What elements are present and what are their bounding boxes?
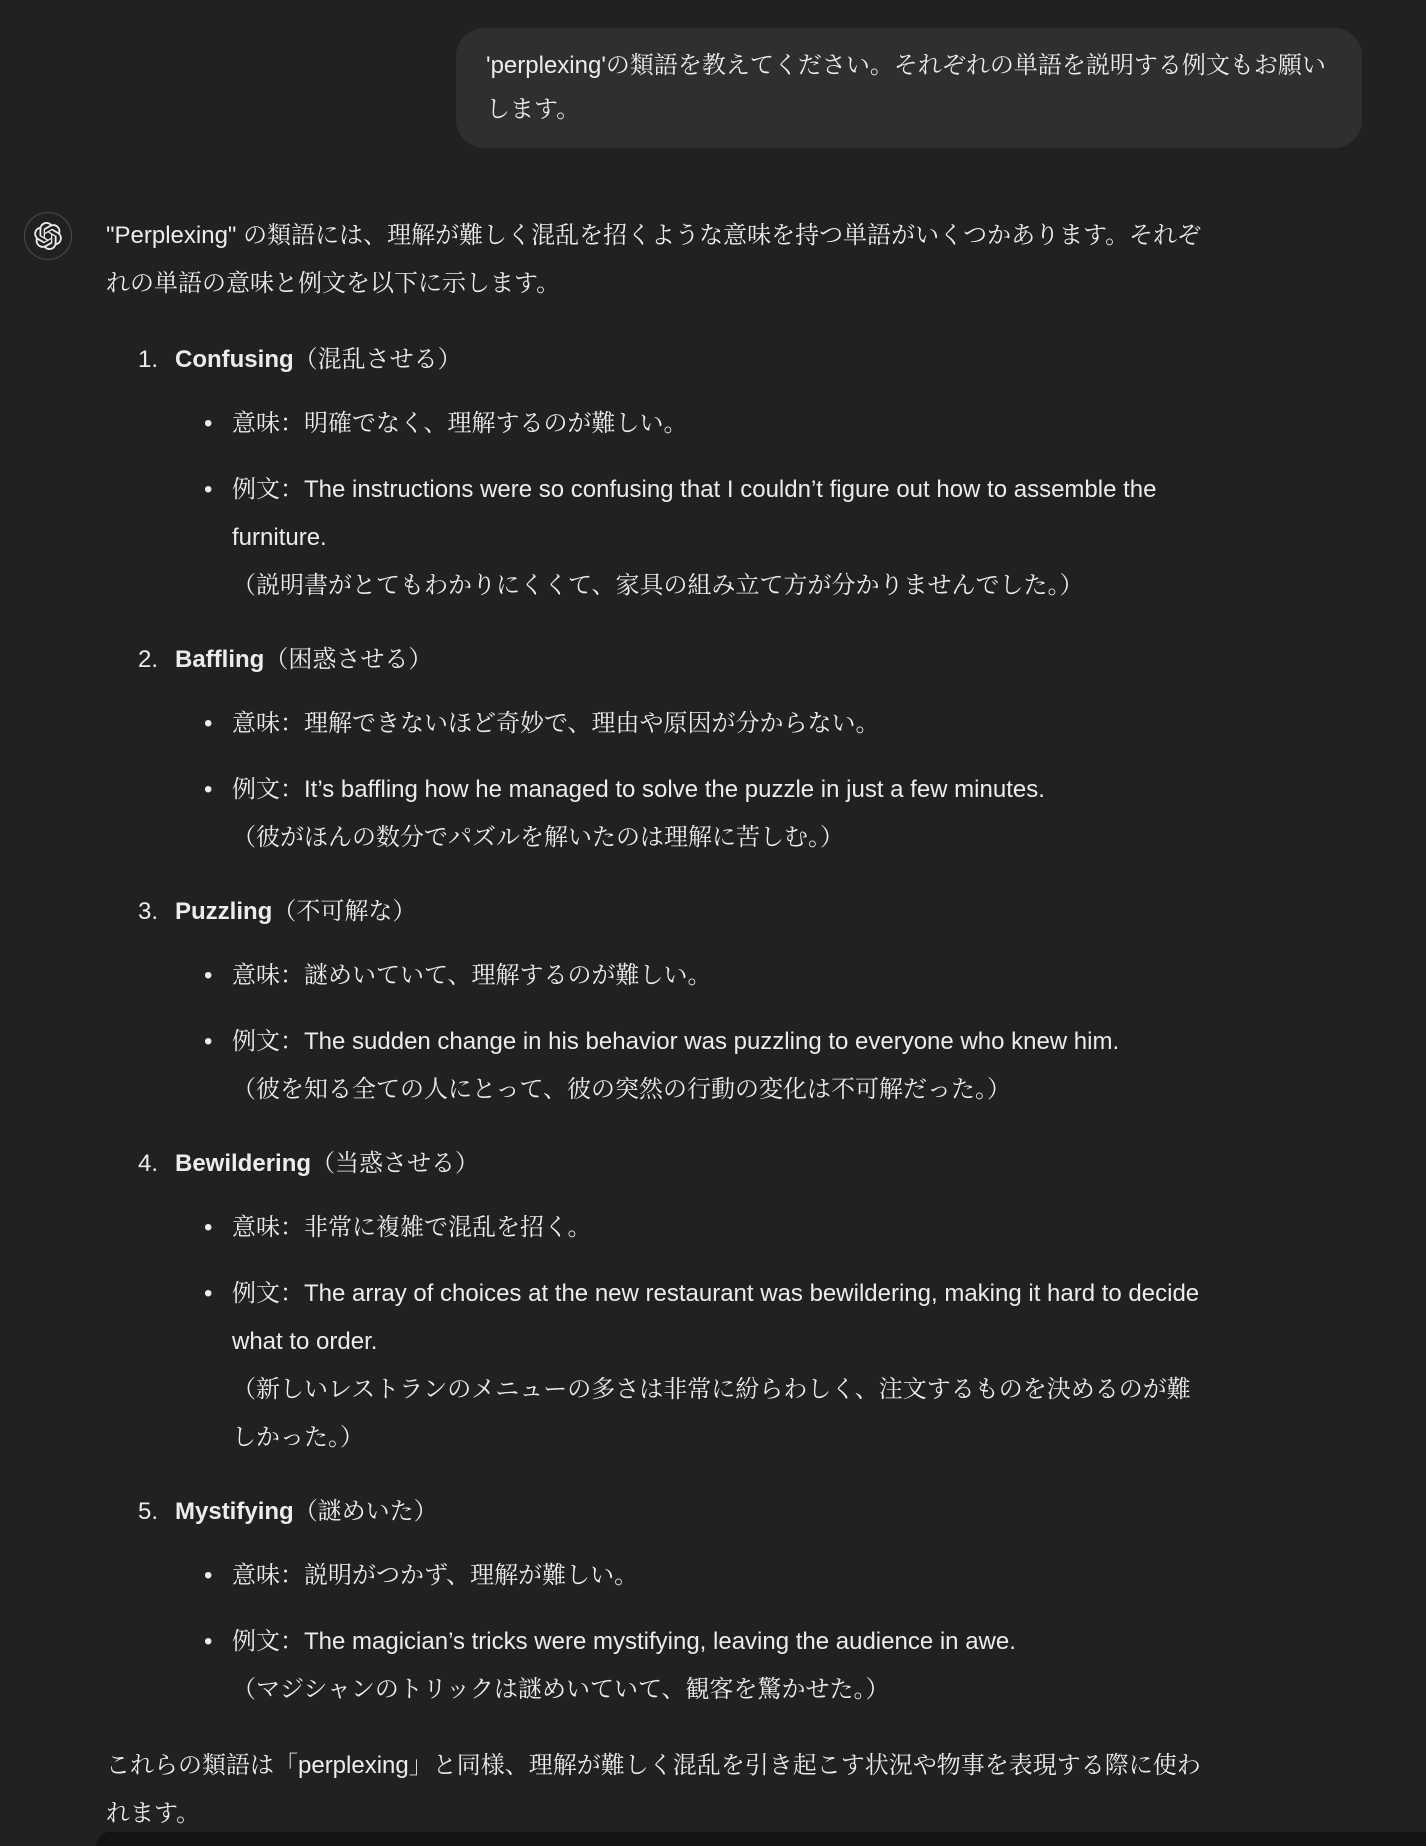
example-bullet: 例文：It’s baffling how he managed to solve… — [202, 766, 1206, 862]
meaning-text: 非常に複雑で混乱を招く。 — [304, 1214, 592, 1241]
synonym-item: 3.Puzzling（不可解な） 意味：謎めいていて、理解するのが難しい。 例文… — [106, 888, 1206, 1114]
synonym-reading: （謎めいた） — [294, 1498, 438, 1525]
synonym-detail-list: 意味：明確でなく、理解するのが難しい。 例文：The instructions … — [106, 400, 1206, 610]
synonym-item-heading: 5.Mystifying（謎めいた） — [106, 1488, 1206, 1536]
assistant-outro-text: これらの類語は「perplexing」と同様、理解が難しく混乱を引き起こす状況や… — [106, 1742, 1206, 1838]
meaning-bullet: 意味：理解できないほど奇妙で、理由や原因が分からない。 — [202, 700, 1206, 748]
example-translation: （マジシャンのトリックは謎めいていて、観客を驚かせた。） — [232, 1666, 1206, 1714]
synonym-detail-list: 意味：非常に複雑で混乱を招く。 例文：The array of choices … — [106, 1204, 1206, 1462]
example-text: It’s baffling how he managed to solve th… — [304, 776, 1045, 803]
example-bullet: 例文：The array of choices at the new resta… — [202, 1270, 1206, 1462]
meaning-text: 説明がつかず、理解が難しい。 — [304, 1562, 638, 1589]
example-translation: （説明書がとてもわかりにくくて、家具の組み立て方が分かりませんでした。） — [232, 562, 1206, 610]
item-number: 2. — [138, 636, 175, 684]
synonym-reading: （不可解な） — [272, 898, 416, 925]
synonym-item: 4.Bewildering（当惑させる） 意味：非常に複雑で混乱を招く。 例文：… — [106, 1140, 1206, 1462]
example-label: 例文： — [232, 776, 304, 803]
synonym-detail-list: 意味：理解できないほど奇妙で、理由や原因が分からない。 例文：It’s baff… — [106, 700, 1206, 862]
user-message-text: 'perplexing'の類語を教えてください。それぞれの単語を説明する例文もお… — [486, 52, 1326, 123]
meaning-bullet: 意味：説明がつかず、理解が難しい。 — [202, 1552, 1206, 1600]
example-translation: （新しいレストランのメニューの多さは非常に紛らわしく、注文するものを決めるのが難… — [232, 1366, 1206, 1462]
synonym-word: Bewildering — [175, 1150, 311, 1177]
example-bullet: 例文：The sudden change in his behavior was… — [202, 1018, 1206, 1114]
composer-top-edge — [96, 1832, 1426, 1846]
synonym-item-heading: 4.Bewildering（当惑させる） — [106, 1140, 1206, 1188]
synonym-word: Baffling — [175, 646, 264, 673]
example-sentence: 例文：The instructions were so confusing th… — [232, 466, 1206, 562]
example-label: 例文： — [232, 476, 304, 503]
example-label: 例文： — [232, 1628, 304, 1655]
meaning-bullet: 意味：明確でなく、理解するのが難しい。 — [202, 400, 1206, 448]
synonym-item: 5.Mystifying（謎めいた） 意味：説明がつかず、理解が難しい。 例文：… — [106, 1488, 1206, 1714]
example-translation: （彼を知る全ての人にとって、彼の突然の行動の変化は不可解だった。） — [232, 1066, 1206, 1114]
example-text: The magician’s tricks were mystifying, l… — [304, 1628, 1016, 1655]
item-number: 5. — [138, 1488, 175, 1536]
openai-logo-icon — [34, 222, 62, 250]
example-translation: （彼がほんの数分でパズルを解いたのは理解に苦しむ。） — [232, 814, 1206, 862]
meaning-text: 謎めいていて、理解するのが難しい。 — [304, 962, 712, 989]
synonym-word: Mystifying — [175, 1498, 294, 1525]
user-message-row: 'perplexing'の類語を教えてください。それぞれの単語を説明する例文もお… — [24, 28, 1426, 148]
synonym-word: Puzzling — [175, 898, 272, 925]
example-sentence: 例文：The sudden change in his behavior was… — [232, 1018, 1206, 1066]
item-number: 1. — [138, 336, 175, 384]
synonym-list: 1.Confusing（混乱させる） 意味：明確でなく、理解するのが難しい。 例… — [106, 336, 1206, 1714]
example-text: The array of choices at the new restaura… — [232, 1280, 1199, 1355]
assistant-intro-text: "Perplexing" の類語には、理解が難しく混乱を招くような意味を持つ単語… — [106, 212, 1206, 308]
example-label: 例文： — [232, 1028, 304, 1055]
synonym-item-heading: 2.Baffling（困惑させる） — [106, 636, 1206, 684]
meaning-label: 意味： — [232, 962, 304, 989]
meaning-text: 明確でなく、理解するのが難しい。 — [304, 410, 688, 437]
assistant-message-row: "Perplexing" の類語には、理解が難しく混乱を招くような意味を持つ単語… — [24, 212, 1426, 1838]
example-bullet: 例文：The instructions were so confusing th… — [202, 466, 1206, 610]
synonym-reading: （当惑させる） — [311, 1150, 479, 1177]
meaning-text: 理解できないほど奇妙で、理由や原因が分からない。 — [304, 710, 880, 737]
synonym-word: Confusing — [175, 346, 294, 373]
example-sentence: 例文：It’s baffling how he managed to solve… — [232, 766, 1206, 814]
meaning-bullet: 意味：謎めいていて、理解するのが難しい。 — [202, 952, 1206, 1000]
meaning-bullet: 意味：非常に複雑で混乱を招く。 — [202, 1204, 1206, 1252]
meaning-label: 意味： — [232, 410, 304, 437]
synonym-item-heading: 3.Puzzling（不可解な） — [106, 888, 1206, 936]
synonym-reading: （困惑させる） — [264, 646, 432, 673]
synonym-detail-list: 意味：謎めいていて、理解するのが難しい。 例文：The sudden chang… — [106, 952, 1206, 1114]
synonym-item: 1.Confusing（混乱させる） 意味：明確でなく、理解するのが難しい。 例… — [106, 336, 1206, 610]
example-text: The instructions were so confusing that … — [232, 476, 1156, 551]
synonym-item-heading: 1.Confusing（混乱させる） — [106, 336, 1206, 384]
item-number: 3. — [138, 888, 175, 936]
example-bullet: 例文：The magician’s tricks were mystifying… — [202, 1618, 1206, 1714]
assistant-avatar — [24, 212, 72, 260]
assistant-message: "Perplexing" の類語には、理解が難しく混乱を招くような意味を持つ単語… — [106, 212, 1206, 1838]
example-sentence: 例文：The magician’s tricks were mystifying… — [232, 1618, 1206, 1666]
synonym-detail-list: 意味：説明がつかず、理解が難しい。 例文：The magician’s tric… — [106, 1552, 1206, 1714]
item-number: 4. — [138, 1140, 175, 1188]
example-label: 例文： — [232, 1280, 304, 1307]
user-message-bubble: 'perplexing'の類語を教えてください。それぞれの単語を説明する例文もお… — [456, 28, 1362, 148]
meaning-label: 意味： — [232, 1214, 304, 1241]
example-text: The sudden change in his behavior was pu… — [304, 1028, 1119, 1055]
synonym-item: 2.Baffling（困惑させる） 意味：理解できないほど奇妙で、理由や原因が分… — [106, 636, 1206, 862]
example-sentence: 例文：The array of choices at the new resta… — [232, 1270, 1206, 1366]
synonym-reading: （混乱させる） — [294, 346, 462, 373]
meaning-label: 意味： — [232, 710, 304, 737]
meaning-label: 意味： — [232, 1562, 304, 1589]
chat-thread: 'perplexing'の類語を教えてください。それぞれの単語を説明する例文もお… — [0, 0, 1426, 1838]
